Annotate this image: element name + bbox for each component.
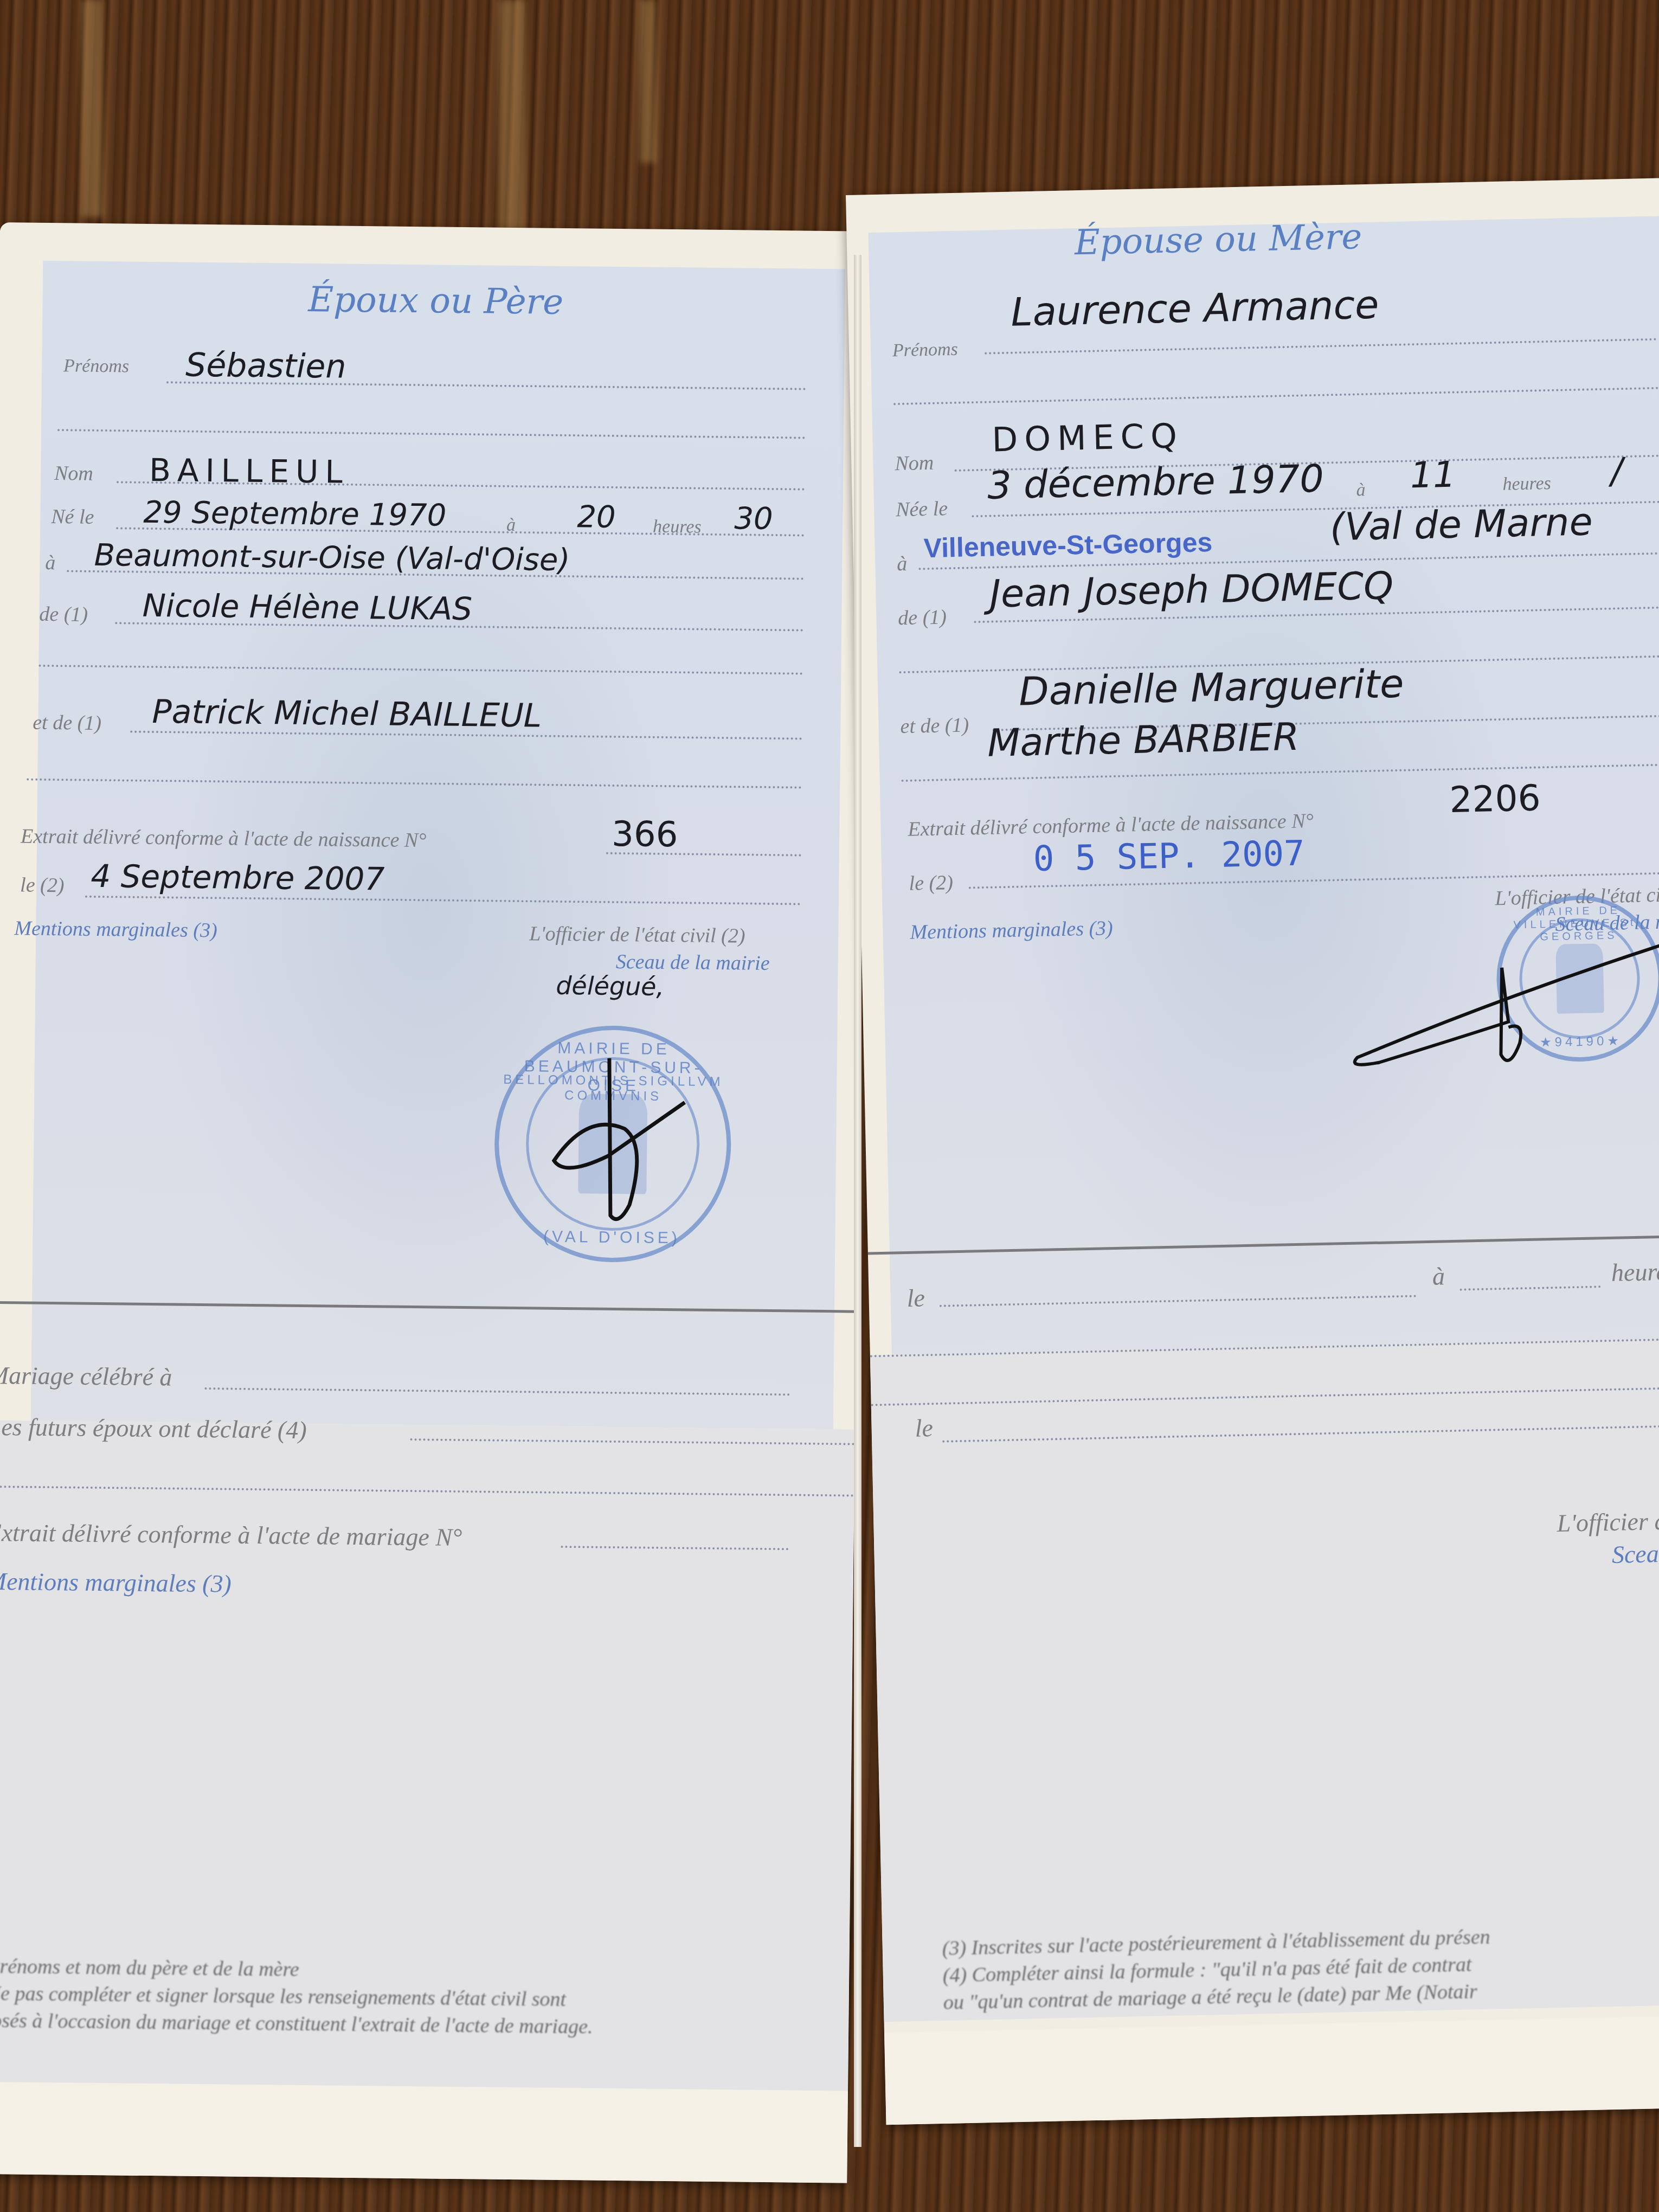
label-mariage-celebre: Mariage célébré à — [0, 1361, 172, 1392]
label-nom: Nom — [895, 451, 934, 475]
book-spine-stitching — [854, 255, 861, 2147]
value-mere-line2: Marthe BARBIER — [987, 715, 1300, 766]
value-delegue: délégué, — [556, 971, 664, 1001]
label-mariage-a: à — [1432, 1262, 1445, 1290]
label-et-de-1: et de (1) — [900, 713, 969, 738]
label-mentions-mariage: Mentions marginales (3) — [0, 1567, 232, 1598]
label-a-heure: à — [1356, 480, 1366, 500]
label-mentions-marginales: Mentions marginales (3) — [910, 916, 1113, 944]
page-bottom-margin — [0, 2082, 848, 2183]
label-prenoms: Prénoms — [63, 356, 129, 377]
label-mariage-officier: L'officier de — [1557, 1506, 1659, 1538]
value-extrait-naissance: 2206 — [1449, 777, 1541, 821]
value-minutes: / — [1610, 450, 1623, 492]
value-lieu: Beaumont-sur-Oise (Val-d'Oise) — [94, 538, 570, 578]
stamp-date: 0 5 SEP. 2007 — [1033, 834, 1305, 879]
value-heure: 11 — [1410, 454, 1456, 497]
label-nee-le: Née le — [896, 497, 948, 522]
value-ne-le: 29 Septembre 1970 — [143, 495, 447, 533]
label-heures: heures — [1502, 473, 1551, 495]
wood-grain — [81, 0, 103, 217]
label-officier: L'officier de l'état civil (2) — [529, 922, 745, 948]
left-page: Époux ou Père Prénoms Sébastien Nom BAIL… — [0, 222, 867, 2183]
label-le-2: le (2) — [20, 873, 65, 897]
value-departement: (Val de Marne — [1329, 499, 1593, 549]
value-pere: Jean Joseph DOMECQ — [989, 563, 1394, 616]
value-heure: 20 — [577, 499, 616, 535]
seal-bottom-text: (VAL D'OISE) — [498, 1227, 725, 1248]
label-et-de-1: et de (1) — [33, 711, 101, 735]
stamp-lieu-naissance: Villeneuve-St-Georges — [923, 526, 1213, 564]
label-mariage-le: le — [906, 1283, 925, 1313]
label-prenoms: Prénoms — [892, 339, 959, 362]
right-page: Épouse ou Mère Prénoms Laurence Armance … — [846, 178, 1659, 2125]
signature-right — [1344, 926, 1659, 1074]
value-mere-line1: Danielle Marguerite — [1018, 661, 1404, 715]
wood-grain — [640, 0, 656, 163]
label-extrait-mariage: Extrait délivré conforme à l'acte de mar… — [0, 1518, 462, 1552]
label-a-heure: à — [506, 515, 516, 536]
label-de-1: de (1) — [898, 605, 947, 630]
label-mentions-marginales: Mentions marginales (3) — [14, 916, 217, 942]
label-mariage-heures: heures — [1611, 1257, 1659, 1287]
footnote-1: Prénoms et nom du père et de la mère — [0, 1954, 299, 1982]
label-ne-le: Né le — [51, 505, 94, 529]
label-mariage-le-2: le — [915, 1413, 933, 1443]
value-nom: DOMECQ — [992, 416, 1184, 459]
label-lieu: à — [897, 552, 908, 576]
label-lieu: à — [45, 551, 55, 575]
heading-epouse-mere: Épouse ou Mère — [1074, 217, 1362, 263]
label-nom: Nom — [54, 461, 93, 486]
value-prenoms: Sébastien — [185, 346, 346, 386]
signature-left — [543, 1052, 696, 1227]
value-nom: BAILLEUL — [149, 452, 349, 491]
label-heures: heures — [653, 517, 702, 538]
value-pere: Patrick Michel BAILLEUL — [152, 693, 542, 735]
label-le-2: le (2) — [909, 871, 953, 896]
value-le-2: 4 Septembre 2007 — [91, 858, 385, 898]
label-mariage-sceau: Sceau — [1611, 1539, 1659, 1569]
label-futurs-epoux: Les futurs époux ont déclaré (4) — [0, 1412, 307, 1444]
heading-epoux-pere: Époux ou Père — [308, 280, 563, 323]
value-extrait-naissance: 366 — [612, 814, 678, 855]
value-minutes: 30 — [734, 501, 773, 537]
page-bottom-margin — [884, 2015, 1659, 2125]
value-prenoms: Laurence Armance — [1011, 281, 1379, 335]
label-extrait-naissance: Extrait délivré conforme à l'acte de nai… — [21, 824, 427, 852]
value-nee-le: 3 décembre 1970 — [987, 456, 1324, 508]
value-mere: Nicole Hélène LUKAS — [142, 587, 472, 627]
label-de-1: de (1) — [39, 602, 88, 627]
